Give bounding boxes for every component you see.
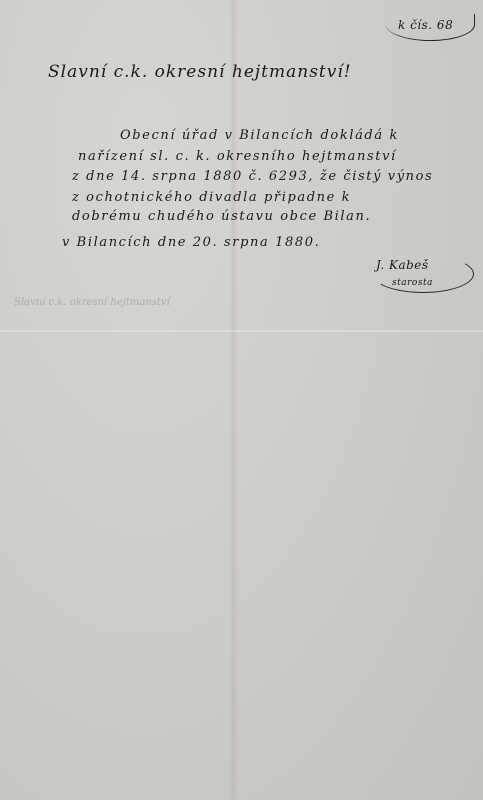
date-line: v Bilancích dne 20. srpna 1880. — [62, 235, 320, 250]
body-line: z ochotnického divadla připadne k — [72, 190, 351, 205]
addressee-line: Slavní c.k. okresní hejtmanství! — [48, 62, 352, 82]
body-line: z dne 14. srpna 1880 č. 6293, že čistý v… — [72, 169, 433, 184]
body-line: Obecní úřad v Bilancích dokládá k — [120, 128, 399, 143]
document-page — [0, 0, 483, 800]
signature-title: starosta — [392, 278, 433, 288]
signature-name: J. Kabeš — [376, 258, 429, 272]
bleed-through-text: Slavní c.k. okresní hejtmanství — [14, 297, 170, 308]
body-line: dobrému chudého ústavu obce Bilan. — [72, 209, 371, 224]
paper-fold — [0, 330, 483, 332]
body-line: nařízení sl. c. k. okresního hejtmanství — [78, 149, 397, 164]
reference-number: k čís. 68 — [398, 18, 453, 32]
